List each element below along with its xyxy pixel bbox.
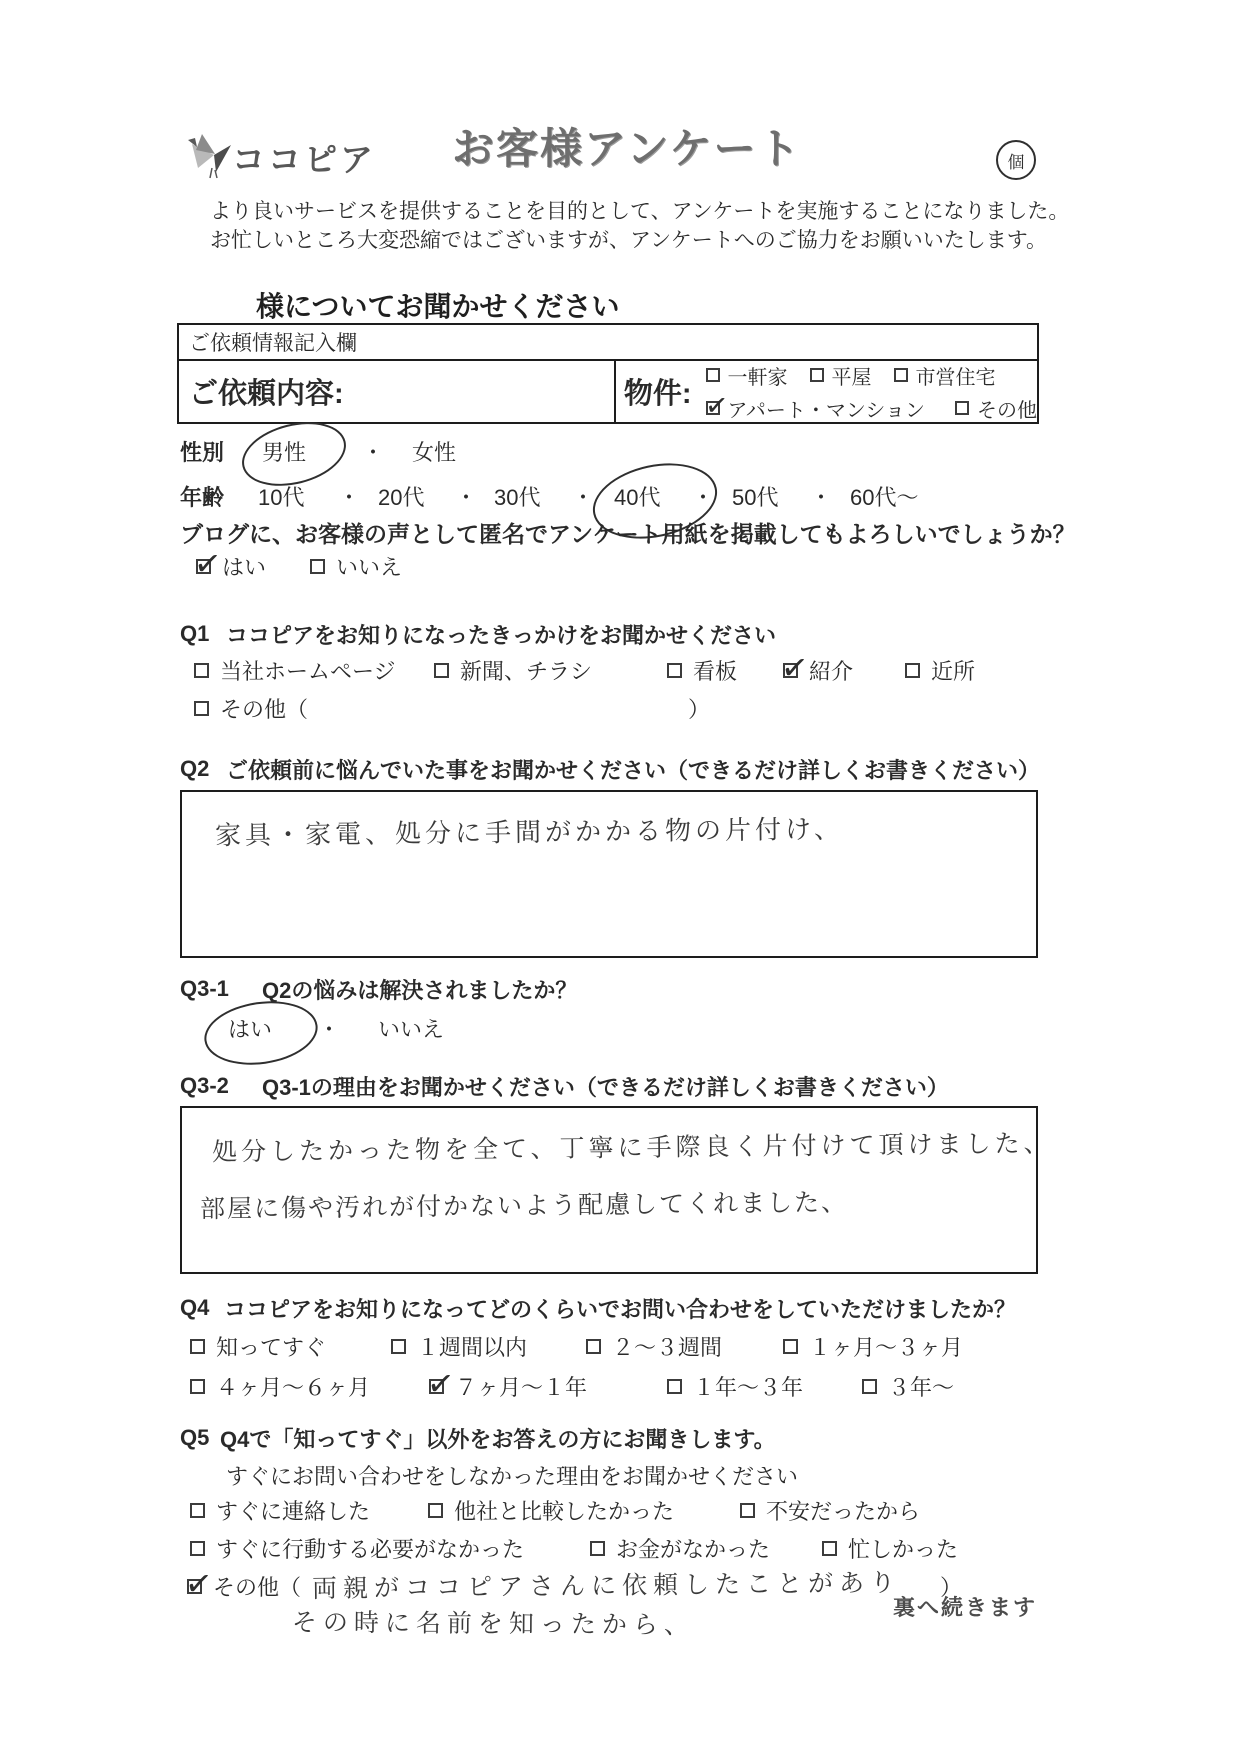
property-option-apartment: アパート・マンション	[706, 394, 926, 423]
q4-option-1-3-years: １年～３年	[667, 1372, 803, 1400]
q1-other-row: その他（ ）	[0, 694, 1240, 726]
checkbox	[706, 368, 720, 382]
q2-number: Q2	[180, 755, 209, 783]
q4-heading: Q4 ココピアをお知りになってどのくらいでお問い合わせをしていただけましたか？	[0, 1294, 1240, 1326]
q1-option-other: その他（	[194, 694, 308, 722]
checkbox	[190, 1379, 205, 1394]
q4-number: Q4	[180, 1294, 209, 1322]
q4-option-3-years-plus: ３年～	[862, 1372, 954, 1400]
property-options-row-1: 一軒家 平屋 市営住宅	[706, 361, 1038, 390]
checkbox-checked	[196, 559, 211, 574]
personal-stamp-circle: 個	[996, 140, 1036, 180]
stamp-character: 個	[1008, 148, 1025, 173]
q4-option-2-3-weeks: ２～３週間	[586, 1332, 722, 1360]
q5-option-was-busy: 忙しかった	[822, 1534, 958, 1562]
checkbox	[740, 1503, 755, 1518]
logo-text: ココピア	[232, 134, 376, 181]
page-title: お客様アンケート	[452, 116, 801, 176]
q3-1-heading: Q3-1 Q2の悩みは解決されましたか？	[0, 975, 1240, 1007]
gender-row: 性別 男性 ・ 女性	[0, 437, 1240, 469]
checkbox-checked	[187, 1579, 202, 1594]
checkbox-checked	[429, 1379, 444, 1394]
q5-options-row-1: すぐに連絡した 他社と比較したかった 不安だったから	[0, 1496, 1240, 1528]
q5-number: Q5	[180, 1424, 209, 1452]
age-option-50s: 50代	[732, 482, 778, 510]
property-option-detached-house: 一軒家	[706, 361, 788, 390]
q1-option-neighborhood: 近所	[905, 656, 975, 684]
q4-option-1-3-months: １ヶ月～３ヶ月	[783, 1332, 963, 1360]
q1-number: Q1	[180, 620, 209, 648]
continue-on-back-note: 裏へ続きます	[893, 1591, 1037, 1622]
checkbox	[190, 1339, 205, 1354]
q3-1-option-no: いいえ	[378, 1014, 444, 1042]
q1-option-homepage: 当社ホームページ	[194, 656, 396, 684]
q2-heading: Q2 ご依頼前に悩んでいた事をお聞かせください（できるだけ詳しくお書きください）	[0, 755, 1240, 787]
checkbox	[190, 1503, 205, 1518]
property-option-other: その他	[955, 394, 1037, 423]
q3-2-question: Q3-1の理由をお聞かせください（できるだけ詳しくお書きください）	[262, 1072, 949, 1100]
blog-permission-question: ブログに、お客様の声として匿名でアンケート用紙を掲載してもよろしいでしょうか？	[180, 516, 1076, 549]
q1-other-close-paren: ）	[688, 694, 710, 722]
q5-sub-question: すぐにお問い合わせをしなかった理由をお聞かせください	[226, 1460, 798, 1491]
intro-line-1: より良いサービスを提供することを目的として、アンケートを実施することになりました…	[210, 197, 1069, 226]
blog-answer-row: はい いいえ	[0, 552, 1240, 584]
intro-line-2: お忙しいところ大変恐縮ではございますが、アンケートへのご協力をお願いいたします。	[210, 226, 1047, 255]
checkbox	[190, 1541, 205, 1556]
section-heading: 様についてお聞かせください	[256, 285, 619, 325]
q2-handwritten-answer: 家具・家電、処分に手間がかかる物の片付け、	[215, 809, 844, 853]
q5-option-was-anxious: 不安だったから	[740, 1496, 920, 1524]
property-option-single-story: 平屋	[810, 361, 872, 390]
q1-heading: Q1 ココピアをお知りになったきっかけをお聞かせください	[0, 620, 1240, 652]
checkbox	[783, 1339, 798, 1354]
request-content-label: ご依頼内容:	[179, 361, 616, 422]
q2-question: ご依頼前に悩んでいた事をお聞かせください（できるだけ詳しくお書きください）	[226, 755, 1040, 783]
property-label: 物件:	[624, 371, 692, 412]
q1-question: ココピアをお知りになったきっかけをお聞かせください	[226, 620, 776, 648]
q1-option-newspaper-flyer: 新聞、チラシ	[434, 656, 592, 684]
q5-option-no-money: お金がなかった	[590, 1534, 770, 1562]
q3-2-heading: Q3-2 Q3-1の理由をお聞かせください（できるだけ詳しくお書きください）	[0, 1072, 1240, 1104]
checkbox	[667, 1379, 682, 1394]
q1-option-signboard: 看板	[667, 656, 737, 684]
checkbox	[194, 663, 209, 678]
q5-options-row-2: すぐに行動する必要がなかった お金がなかった 忙しかった	[0, 1534, 1240, 1566]
checkbox	[955, 401, 969, 415]
q5-option-contacted-immediately: すぐに連絡した	[190, 1496, 370, 1524]
q5-other-handwritten-answer: 両親がココピアさんに依頼したことがあり	[312, 1563, 901, 1605]
checkbox	[310, 559, 325, 574]
checkbox	[428, 1503, 443, 1518]
q1-option-referral: 紹介	[783, 656, 853, 684]
property-options-row-2: アパート・マンション その他	[706, 394, 1038, 423]
q3-1-question: Q2の悩みは解決されましたか？	[262, 975, 577, 1003]
separator-dot: ・	[455, 482, 477, 510]
blog-option-yes: はい	[196, 552, 266, 580]
checkbox	[862, 1379, 877, 1394]
q4-options-row-1: 知ってすぐ １週間以内 ２～３週間 １ヶ月～３ヶ月	[0, 1332, 1240, 1364]
q4-option-within-1-week: １週間以内	[391, 1332, 527, 1360]
checkbox	[391, 1339, 406, 1354]
q4-option-immediately: 知ってすぐ	[190, 1332, 326, 1360]
q3-2-number: Q3-2	[180, 1072, 229, 1100]
q5-option-compare-other-companies: 他社と比較したかった	[428, 1496, 674, 1524]
checkbox	[822, 1541, 837, 1556]
request-info-table: ご依頼情報記入欄 ご依頼内容: 物件: 一軒家 平屋	[177, 323, 1039, 424]
origami-bird-logo-icon	[188, 130, 232, 180]
age-option-60s: 60代～	[850, 482, 918, 510]
q3-1-answer-row: はい ・ いいえ	[0, 1014, 1240, 1046]
age-option-20s: 20代	[378, 482, 424, 510]
checkbox	[586, 1339, 601, 1354]
q3-1-number: Q3-1	[180, 975, 229, 1003]
gender-option-female: 女性	[412, 437, 456, 465]
q4-options-row-2: ４ヶ月～６ヶ月 ７ヶ月～１年 １年～３年 ３年～	[0, 1372, 1240, 1404]
survey-scan-page: ココピア お客様アンケート 個 より良いサービスを提供することを目的として、アン…	[0, 0, 1240, 1754]
age-option-30s: 30代	[494, 482, 540, 510]
checkbox	[434, 663, 449, 678]
age-label: 年齢	[180, 482, 224, 510]
checkbox	[905, 663, 920, 678]
separator-dot: ・	[338, 482, 360, 510]
checkbox	[194, 701, 209, 716]
q5-other-handwritten-answer-line-2: その時に名前を知ったから、	[292, 1603, 695, 1642]
q3-2-handwritten-answer-line-2: 部屋に傷や汚れが付かないよう配慮してくれました、	[200, 1183, 848, 1226]
q4-question: ココピアをお知りになってどのくらいでお問い合わせをしていただけましたか？	[224, 1294, 1016, 1322]
separator-dot: ・	[810, 482, 832, 510]
separator-dot: ・	[572, 482, 594, 510]
checkbox	[894, 368, 908, 382]
checkbox	[667, 663, 682, 678]
checkbox-checked	[783, 663, 798, 678]
request-info-caption: ご依頼情報記入欄	[179, 325, 1037, 361]
q4-option-7-months-1-year: ７ヶ月～１年	[429, 1372, 587, 1400]
q5-heading: Q5 Q4で「知ってすぐ」以外をお答えの方にお聞きします。	[0, 1424, 1240, 1456]
checkbox-checked	[706, 401, 720, 415]
q1-options-row: 当社ホームページ 新聞、チラシ 看板 紹介 近所	[0, 656, 1240, 688]
checkbox	[810, 368, 824, 382]
gender-label: 性別	[180, 437, 224, 465]
q5-question: Q4で「知ってすぐ」以外をお答えの方にお聞きします。	[220, 1424, 776, 1452]
separator-dot: ・	[318, 1014, 340, 1042]
q4-option-4-6-months: ４ヶ月～６ヶ月	[190, 1372, 370, 1400]
checkbox	[590, 1541, 605, 1556]
separator-dot: ・	[362, 437, 384, 465]
q5-option-no-urgent-need: すぐに行動する必要がなかった	[190, 1534, 524, 1562]
age-option-10s: 10代	[258, 482, 304, 510]
q5-option-other: その他（	[187, 1572, 301, 1600]
blog-option-no: いいえ	[310, 552, 402, 580]
property-option-municipal-housing: 市営住宅	[894, 361, 996, 390]
